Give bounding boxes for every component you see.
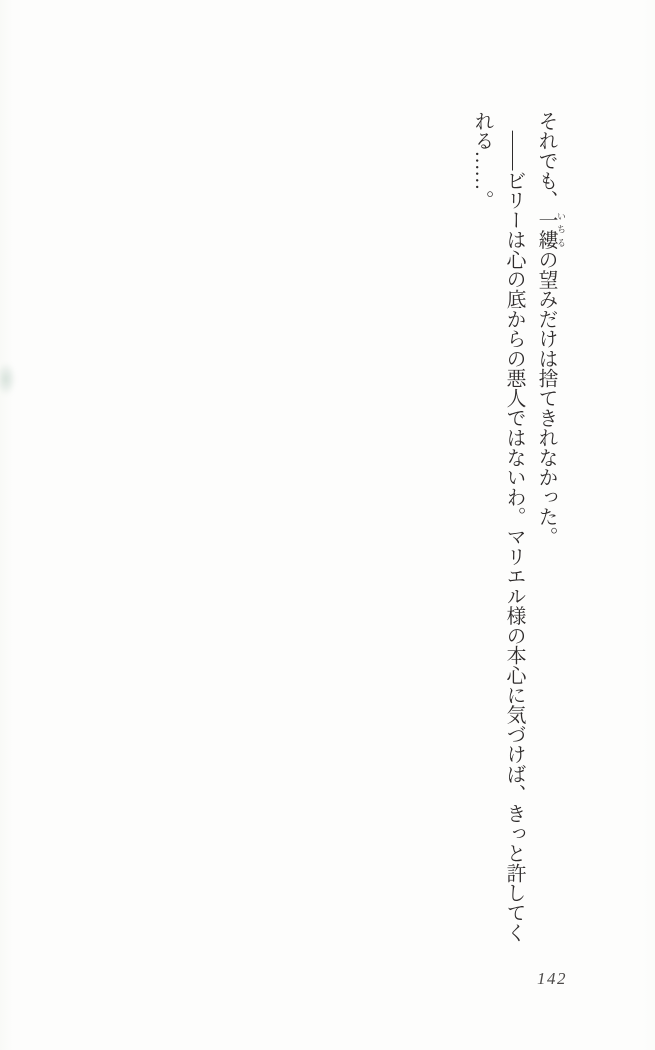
- paragraph-2: ――ビリーは心の底からの悪人ではないわ。マリエル様の本心に気づけば、きっと許して…: [466, 111, 530, 943]
- scan-smudge-artifact: [0, 362, 16, 396]
- paragraph-1-lead: それでも、: [535, 111, 557, 210]
- ruby-base: 一縷: [535, 210, 557, 250]
- vertical-text-block: それでも、一縷いちるの望みだけは捨てきれなかった。 ――ビリーは心の底からの悪人…: [466, 111, 566, 943]
- paragraph-1-tail: の望みだけは捨てきれなかった。: [535, 250, 557, 547]
- paragraph-2-line-1: ――ビリーは心の底からの悪人ではないわ。マリエル様の本心に気づけば、きっと許して…: [503, 111, 525, 942]
- ruby-ichiru: 一縷いちる: [535, 210, 557, 250]
- paragraph-2-line-2: れる……。: [471, 111, 493, 210]
- paragraph-1: それでも、一縷いちるの望みだけは捨てきれなかった。: [530, 111, 566, 943]
- ruby-furigana: いちる: [556, 210, 566, 250]
- book-page: それでも、一縷いちるの望みだけは捨てきれなかった。 ――ビリーは心の底からの悪人…: [0, 0, 655, 1050]
- page-number: 142: [537, 969, 567, 989]
